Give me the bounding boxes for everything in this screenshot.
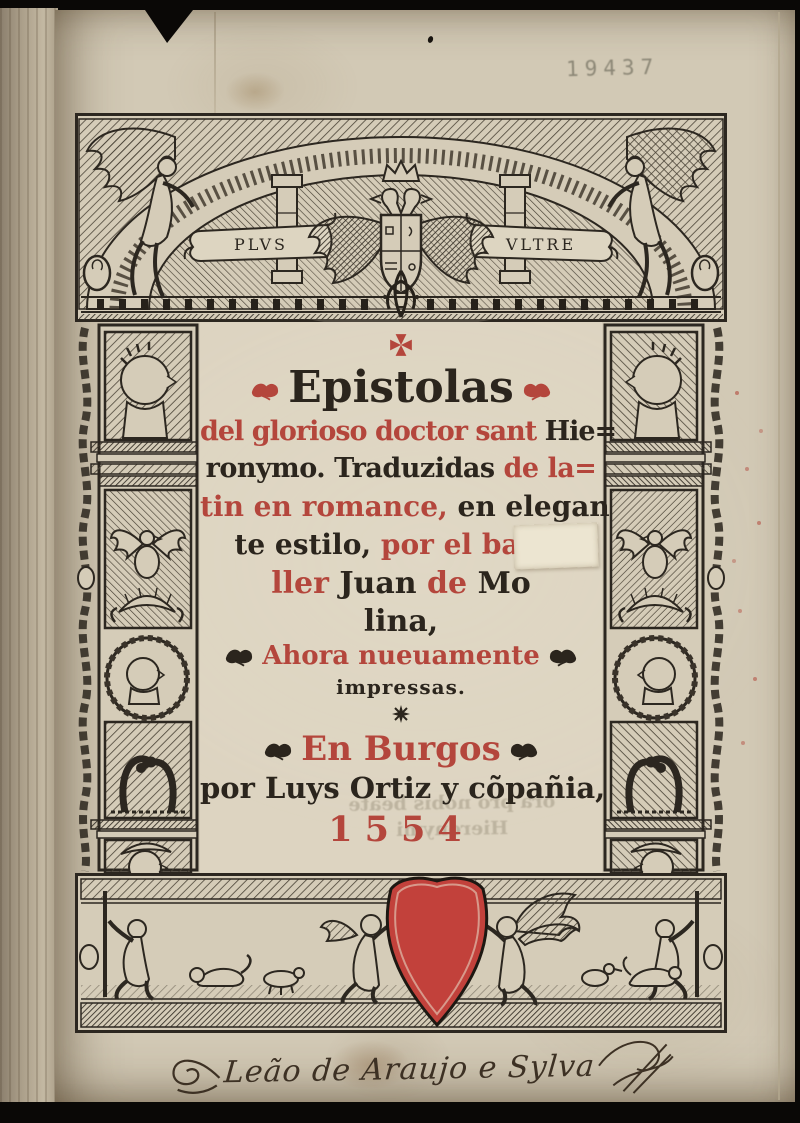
page-edge xyxy=(778,12,780,1100)
fleuron-icon xyxy=(509,741,539,761)
imprint-line-printer: por Luys Ortiz y cõpañia, xyxy=(200,774,602,803)
fleuron-icon xyxy=(250,381,280,401)
title-text: te estilo, xyxy=(234,528,380,561)
title-text: Mo xyxy=(478,566,531,601)
fleuron-icon xyxy=(224,647,254,667)
title-text: Ahora nueuamente xyxy=(262,641,540,671)
book-spine-binding xyxy=(0,8,58,1102)
title-text: En Burgos xyxy=(301,729,500,769)
red-ink-speckles xyxy=(0,0,2,2)
title-text: de la= xyxy=(504,453,597,484)
imprint-line-place: En Burgos xyxy=(200,732,602,766)
title-block: Epistolas del glorioso doctor sant Hie= … xyxy=(200,322,602,873)
signature-text: Leão de Araujo e Sylva xyxy=(222,1048,596,1090)
title-text: de xyxy=(427,566,478,601)
fleuron-icon xyxy=(263,741,293,761)
fleuron-icon xyxy=(548,647,578,667)
title-line-6: ller Juan de Mo xyxy=(200,569,602,599)
motto-left-text: PLVS xyxy=(234,235,288,254)
repair-patch xyxy=(513,523,598,570)
woodcut-pillar-right xyxy=(602,322,727,873)
woodcut-pillar-left xyxy=(75,322,200,873)
title-line-2: del glorioso doctor sant Hie= xyxy=(200,418,602,445)
fleuron-icon xyxy=(522,381,552,401)
title-text: lina, xyxy=(364,604,439,639)
title-text: ller xyxy=(271,566,339,601)
title-text: por Luys Ortiz y cõpañia, xyxy=(200,771,605,805)
paper-fold xyxy=(214,12,216,115)
title-text: del glorioso doctor sant xyxy=(200,416,545,447)
title-line-8: Ahora nueuamente xyxy=(200,643,602,669)
title-line-1: Epistolas xyxy=(200,366,602,410)
title-text: Hie= xyxy=(545,416,617,447)
title-text: tin en romance, xyxy=(200,490,458,523)
title-line-9: impressas. xyxy=(200,677,602,697)
imprint-line-year: 1554 xyxy=(200,812,602,847)
owner-signature: Leão de Araujo e Sylva xyxy=(167,1026,648,1112)
title-text: 1554 xyxy=(328,809,473,850)
title-text: en elegan xyxy=(458,490,610,523)
woodcut-arch-header: PLVS VLTRE xyxy=(75,113,727,322)
scanned-book-page: 19437 ora pro nobis beate Hieronymi xyxy=(0,0,800,1123)
signature-flourish-right xyxy=(594,1032,679,1097)
motto-right-text: VLTRE xyxy=(505,235,576,254)
woodcut-bottom-frieze xyxy=(75,873,727,1033)
title-line-3: ronymo. Traduzidas de la= xyxy=(200,455,602,482)
title-text: Epistolas xyxy=(288,362,513,413)
signature-flourish-left xyxy=(168,1046,225,1099)
title-line-7: lina, xyxy=(200,607,602,637)
title-text: impressas. xyxy=(336,675,466,699)
rosette-ornament-icon xyxy=(200,704,602,724)
title-text: ronymo. Traduzidas xyxy=(206,453,504,484)
title-text: Juan xyxy=(339,566,427,601)
title-line-4: tin en romance, en elegan xyxy=(200,493,602,521)
library-stamp-number: 19437 xyxy=(566,55,660,81)
maltese-cross-icon xyxy=(200,332,602,358)
